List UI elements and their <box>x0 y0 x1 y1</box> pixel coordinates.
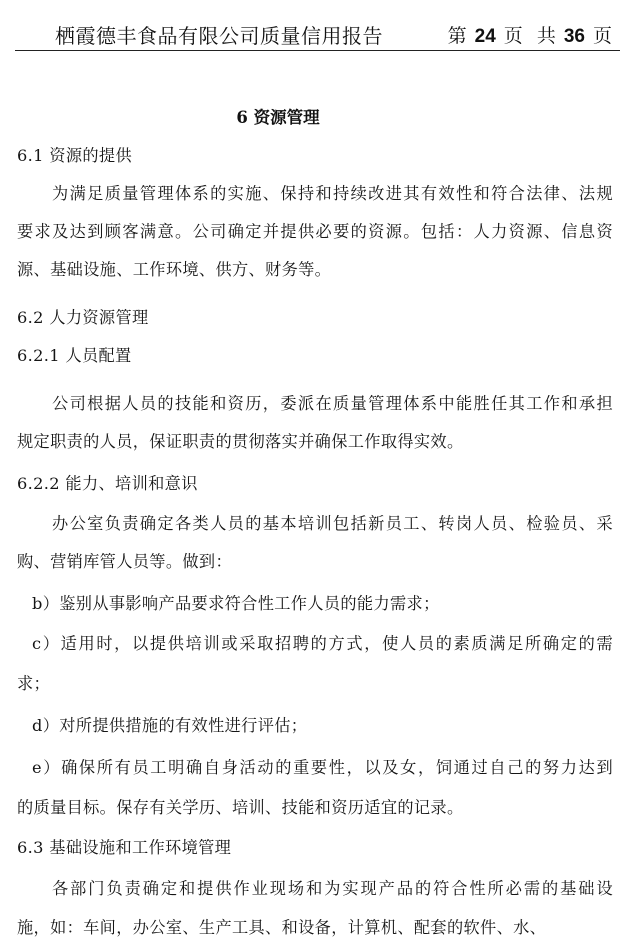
list-item-d: d）对所提供措施的有效性进行评估； <box>32 716 307 736</box>
paragraph-line: 的质量目标。保存有关学历、培训、技能和资历适宜的记录。 <box>17 798 464 818</box>
total-label: 共 <box>537 25 556 47</box>
section-heading-6-2-1: 6.2.1 人员配置 <box>17 346 132 366</box>
paragraph-line: 施，如：车间，办公室、生产工具、和设备，计算机、配套的软件、水、 <box>17 918 546 938</box>
paragraph-line: 为满足质量管理体系的实施、保持和持续改进其有效性和符合法律、法规 <box>52 184 613 204</box>
paragraph-line: 办公室负责确定各类人员的基本培训包括新员工、转岗人员、检验员、采 <box>52 514 613 534</box>
page-suffix: 页 <box>593 25 612 47</box>
paragraph-line: 各部门负责确定和提供作业现场和为实现产品的符合性所必需的基础设 <box>52 879 613 899</box>
page-header: 栖霞德丰食品有限公司质量信用报告 第24页 共36页 <box>15 14 620 51</box>
page-indicator: 第24页 共36页 <box>448 21 612 48</box>
section-heading-6-2-2: 6.2.2 能力、培训和意识 <box>17 474 198 494</box>
section-heading-6-3: 6.3 基础设施和工作环境管理 <box>17 838 231 858</box>
current-page-number: 24 <box>475 26 496 47</box>
paragraph-line: 求； <box>17 674 50 694</box>
total-page-number: 36 <box>564 26 585 47</box>
paragraph-line: 要求及达到顾客满意。公司确定并提供必要的资源。包括：人力资源、信息资 <box>17 222 613 242</box>
section-heading-6-2: 6.2 人力资源管理 <box>17 308 149 328</box>
page-prefix: 第 <box>448 25 467 47</box>
page-label: 页 <box>504 25 523 47</box>
paragraph-line: 购、营销库管人员等。做到： <box>17 552 232 572</box>
paragraph-line: 规定职责的人员，保证职责的贯彻落实并确保工作取得实效。 <box>17 432 464 452</box>
list-item-b: b）鉴别从事影响产品要求符合性工作人员的能力需求； <box>32 594 440 614</box>
chapter-heading: 6 资源管理 <box>0 104 556 128</box>
paragraph-line: 公司根据人员的技能和资历，委派在质量管理体系中能胜任其工作和承担 <box>52 394 613 414</box>
section-heading-6-1: 6.1 资源的提供 <box>17 146 132 166</box>
report-title: 栖霞德丰食品有限公司质量信用报告 <box>55 20 383 49</box>
list-item-c: c）适用时，以提供培训或采取招聘的方式，使人员的素质满足所确定的需 <box>32 634 613 654</box>
list-item-e: e）确保所有员工明确自身活动的重要性，以及女，饲通过自己的努力达到 <box>32 758 613 778</box>
paragraph-line: 源、基础设施、工作环境、供方、财务等。 <box>17 260 331 280</box>
